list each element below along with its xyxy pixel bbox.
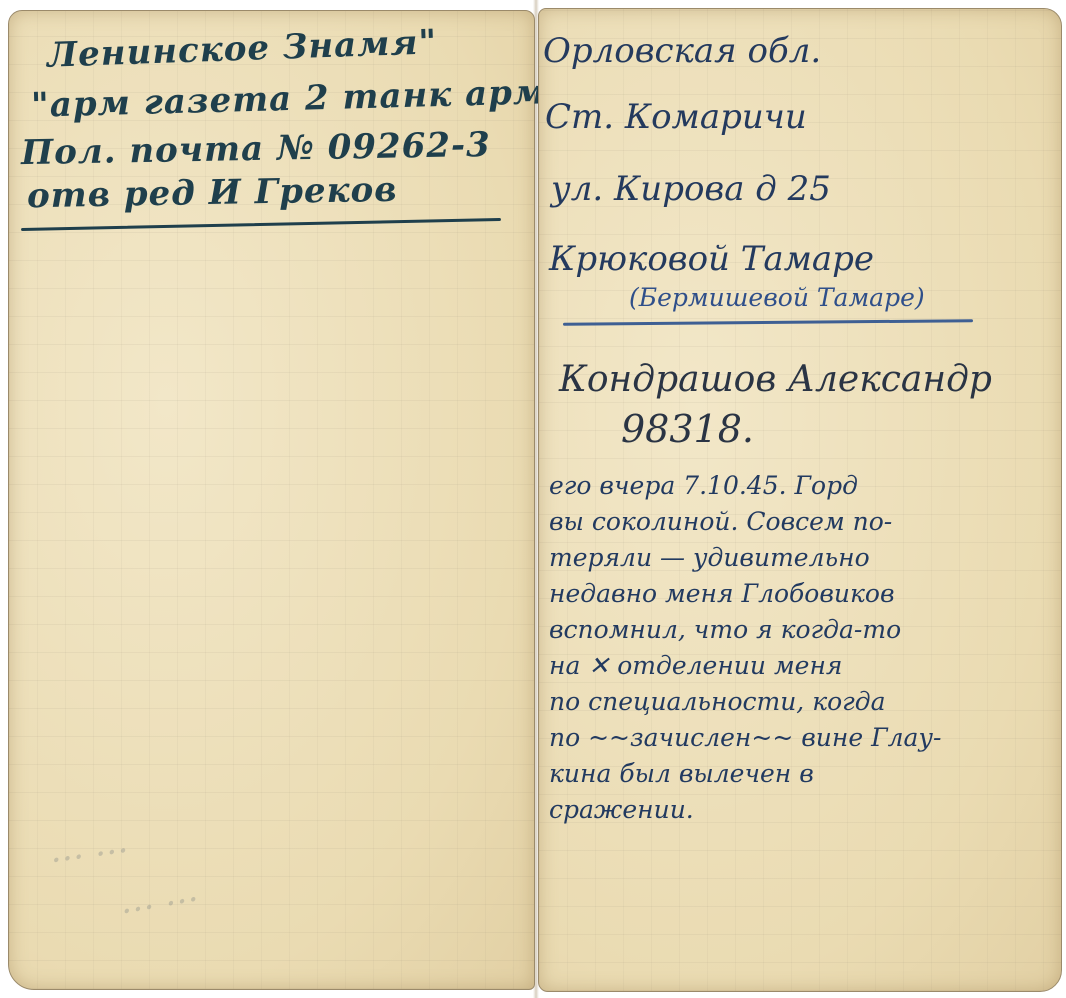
left-line-2: "арм газета 2 танк арм bbox=[31, 72, 547, 125]
left-line-3: Пол. почта № 09262-3 bbox=[21, 125, 491, 173]
message-line-9: кина был вылечен в bbox=[549, 759, 814, 788]
message-line-7: по специальности, когда bbox=[549, 687, 886, 716]
bleedthrough-line-2: … … bbox=[116, 869, 201, 922]
message-line-2: вы соколиной. Совсем по- bbox=[549, 507, 892, 536]
left-line-4: отв ред И Греков bbox=[27, 170, 398, 216]
bleedthrough-line-1: … … bbox=[47, 821, 131, 872]
message-line-1: его вчера 7.10.45. Горд bbox=[549, 471, 858, 500]
message-line-5: вспомнил, что я когда-то bbox=[549, 615, 901, 644]
address-street: ул. Кирова д 25 bbox=[551, 169, 831, 209]
address-underline bbox=[563, 319, 973, 326]
message-line-10: сражении. bbox=[549, 795, 694, 824]
sender-name: Кондрашов Александр bbox=[559, 359, 992, 400]
message-line-3: теряли — удивительно bbox=[549, 543, 870, 572]
message-line-6: на ✕ отделении меня bbox=[549, 651, 842, 680]
signature-underline bbox=[21, 218, 501, 231]
address-station: Ст. Комаричи bbox=[545, 97, 807, 137]
message-line-4: недавно меня Глобовиков bbox=[549, 579, 895, 608]
right-page: Орловская обл. Ст. Комаричи ул. Кирова д… bbox=[538, 8, 1062, 992]
address-recipient-note: (Бермишевой Тамаре) bbox=[629, 283, 925, 312]
address-recipient: Крюковой Тамаре bbox=[549, 239, 874, 279]
left-line-1: Ленинское Знамя" bbox=[46, 22, 437, 76]
message-line-8: по ~~зачислен~~ вине Глау- bbox=[549, 723, 941, 752]
left-page: Ленинское Знамя" "арм газета 2 танк арм … bbox=[8, 10, 535, 990]
sender-number: 98318. bbox=[621, 407, 754, 451]
address-region: Орловская обл. bbox=[543, 31, 821, 71]
